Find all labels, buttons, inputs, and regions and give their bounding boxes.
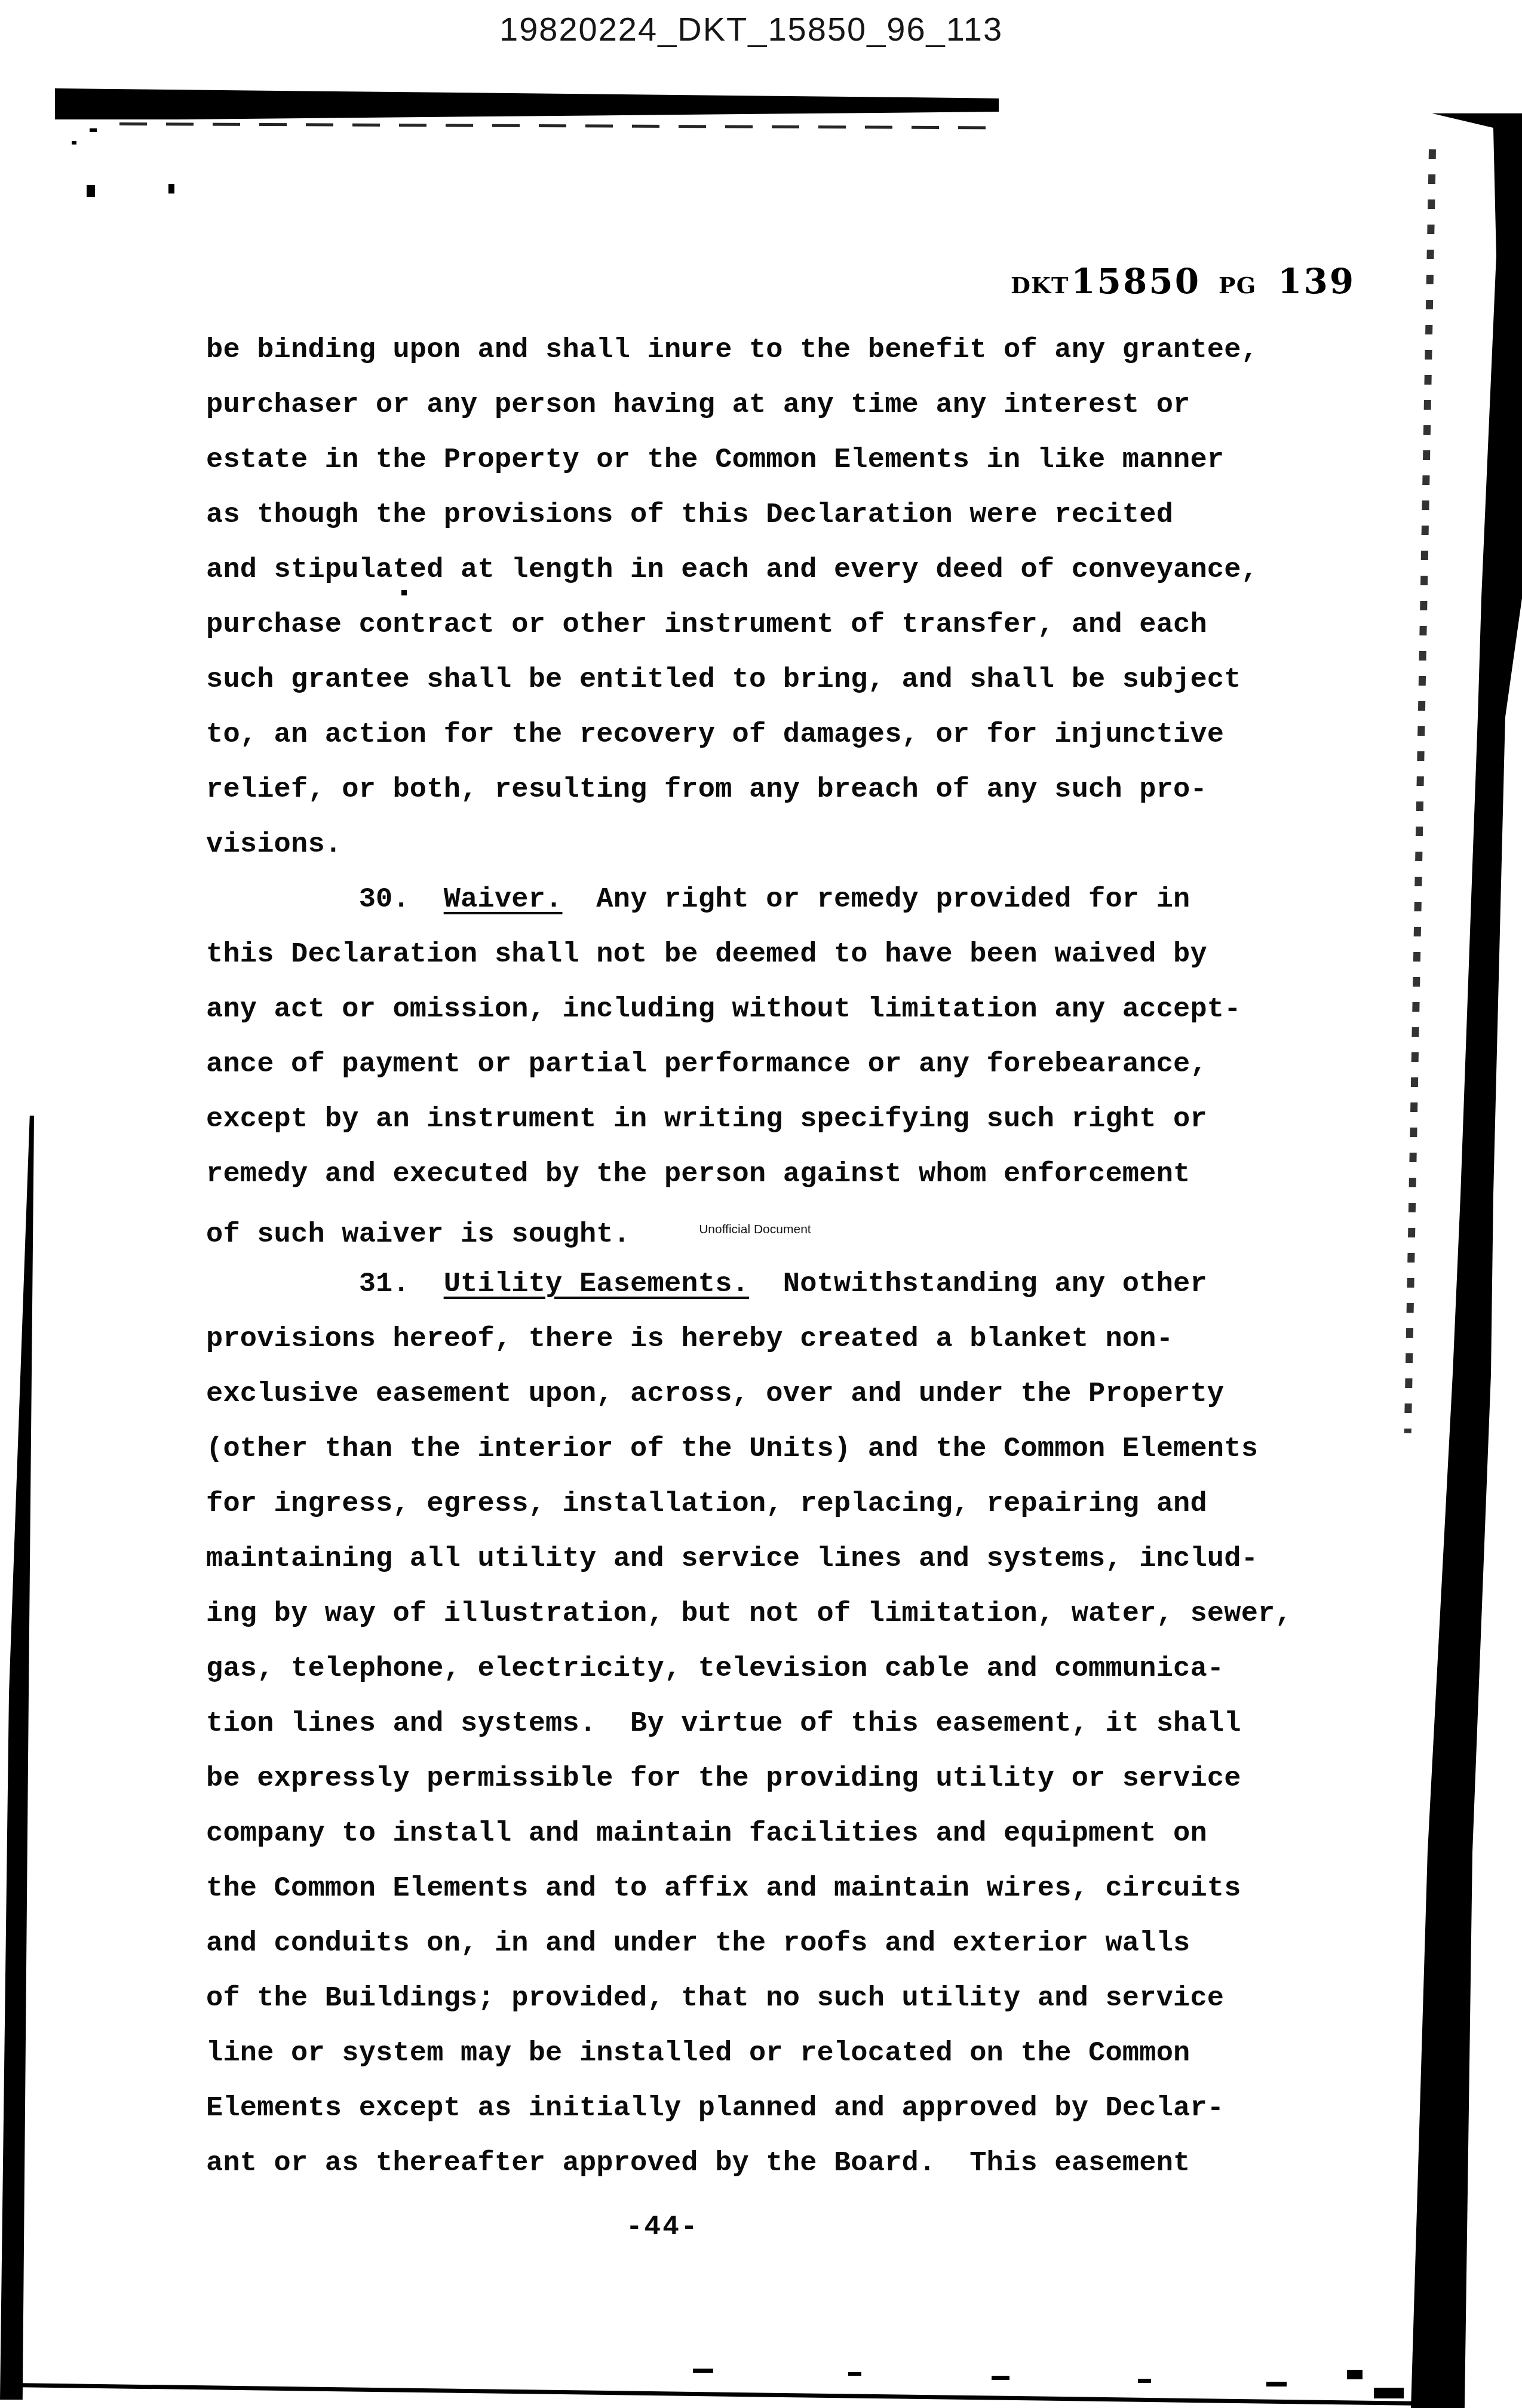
text-segment: company to install and maintain faciliti… (206, 1818, 1207, 1850)
docket-page-stamp: DKT 15850 PG 139 (1011, 261, 1355, 302)
text-segment: relief, or both, resulting from any brea… (206, 774, 1207, 806)
noise-speck (1347, 2370, 1363, 2379)
text-line: for ingress, egress, installation, repla… (206, 1477, 1317, 1532)
text-line: any act or omission, including without l… (206, 982, 1317, 1037)
text-segment: any act or omission, including without l… (206, 994, 1241, 1025)
text-line: to, an action for the recovery of damage… (206, 708, 1317, 763)
noise-speck (168, 184, 174, 193)
text-line: remedy and executed by the person agains… (206, 1147, 1317, 1202)
scan-filename-header: 19820224_DKT_15850_96_113 (499, 10, 1003, 48)
text-segment: except by an instrument in writing speci… (206, 1104, 1207, 1135)
left-edge-artifact (0, 1116, 36, 2400)
text-segment: be binding upon and shall inure to the b… (206, 334, 1258, 366)
text-segment: remedy and executed by the person agains… (206, 1159, 1190, 1190)
text-segment: estate in the Property or the Common Ele… (206, 444, 1224, 476)
text-segment: ing by way of illustration, but not of l… (206, 1598, 1292, 1630)
text-line: of such waiver is sought.Unofficial Docu… (206, 1202, 1317, 1257)
stamp-dkt-label: DKT (1011, 272, 1069, 299)
stamp-page-number: 139 (1278, 261, 1355, 302)
text-segment: (other than the interior of the Units) a… (206, 1433, 1258, 1465)
top-edge-dash-artifact (119, 122, 998, 129)
text-line: 30. Waiver. Any right or remedy provided… (206, 873, 1317, 927)
text-line: this Declaration shall not be deemed to … (206, 927, 1317, 982)
underlined-heading: Waiver. (444, 884, 563, 916)
text-segment: for ingress, egress, installation, repla… (206, 1488, 1207, 1520)
text-segment: gas, telephone, electricity, television … (206, 1653, 1224, 1685)
text-line: Elements except as initially planned and… (206, 2081, 1317, 2136)
text-line: such grantee shall be entitled to bring,… (206, 653, 1317, 708)
noise-speck (1266, 2382, 1287, 2386)
stamp-pg-label: PG (1219, 272, 1256, 299)
text-line: relief, or both, resulting from any brea… (206, 763, 1317, 818)
text-line: provisions hereof, there is hereby creat… (206, 1312, 1317, 1367)
text-segment: Notwithstanding any other (749, 1268, 1207, 1300)
unofficial-document-watermark: Unofficial Document (699, 1223, 811, 1236)
text-segment: be expressly permissible for the providi… (206, 1763, 1241, 1795)
text-line: ing by way of illustration, but not of l… (206, 1587, 1317, 1642)
text-line: line or system may be installed or reloc… (206, 2026, 1317, 2081)
text-segment: such grantee shall be entitled to bring,… (206, 664, 1241, 696)
text-segment: of such waiver is sought. (206, 1219, 630, 1251)
text-segment: 30. (206, 884, 444, 916)
text-segment: exclusive easement upon, across, over an… (206, 1378, 1224, 1410)
text-line: tion lines and systems. By virtue of thi… (206, 1697, 1317, 1752)
noise-speck (401, 590, 407, 595)
text-segment: and stipulated at length in each and eve… (206, 554, 1258, 586)
text-segment: tion lines and systems. By virtue of thi… (206, 1708, 1241, 1740)
noise-speck (1374, 2388, 1404, 2398)
text-line: maintaining all utility and service line… (206, 1532, 1317, 1587)
text-segment: ant or as thereafter approved by the Boa… (206, 2148, 1190, 2179)
text-segment: line or system may be installed or reloc… (206, 2038, 1190, 2069)
text-segment: and conduits on, in and under the roofs … (206, 1928, 1190, 1959)
text-line: 31. Utility Easements. Notwithstanding a… (206, 1257, 1317, 1312)
text-line: company to install and maintain faciliti… (206, 1807, 1317, 1862)
noise-speck (90, 128, 97, 132)
text-line: except by an instrument in writing speci… (206, 1092, 1317, 1147)
text-line: be expressly permissible for the providi… (206, 1752, 1317, 1807)
underlined-heading: Utility Easements. (444, 1268, 749, 1300)
text-segment: purchase contract or other instrument of… (206, 609, 1207, 641)
text-segment: maintaining all utility and service line… (206, 1543, 1258, 1575)
noise-speck (87, 185, 95, 197)
text-segment: 31. (206, 1268, 444, 1300)
text-line: and conduits on, in and under the roofs … (206, 1916, 1317, 1971)
text-segment: Elements except as initially planned and… (206, 2093, 1224, 2124)
stamp-book-number: 15850 (1071, 261, 1201, 302)
text-segment: ance of payment or partial performance o… (206, 1049, 1207, 1080)
text-line: exclusive easement upon, across, over an… (206, 1367, 1317, 1422)
text-line: purchaser or any person having at any ti… (206, 378, 1317, 433)
top-edge-artifact (55, 88, 999, 119)
text-segment: visions. (206, 829, 342, 861)
text-line: gas, telephone, electricity, television … (206, 1642, 1317, 1697)
text-segment: Any right or remedy provided for in (563, 884, 1190, 916)
text-segment: the Common Elements and to affix and mai… (206, 1873, 1241, 1905)
text-line: ance of payment or partial performance o… (206, 1037, 1317, 1092)
page-number: -44- (626, 2212, 699, 2243)
text-segment: as though the provisions of this Declara… (206, 499, 1173, 531)
text-line: and stipulated at length in each and eve… (206, 543, 1317, 598)
text-line: (other than the interior of the Units) a… (206, 1422, 1317, 1477)
text-segment: provisions hereof, there is hereby creat… (206, 1323, 1173, 1355)
right-edge-noise-trail (1404, 149, 1436, 1433)
text-line: ant or as thereafter approved by the Boa… (206, 2136, 1317, 2191)
text-line: visions. (206, 818, 1317, 873)
text-line: purchase contract or other instrument of… (206, 598, 1317, 653)
text-line: of the Buildings; provided, that no such… (206, 1971, 1317, 2026)
text-segment: this Declaration shall not be deemed to … (206, 939, 1207, 970)
noise-speck (693, 2369, 713, 2373)
noise-speck (1138, 2379, 1151, 2383)
document-body: be binding upon and shall inure to the b… (206, 323, 1317, 2191)
noise-speck (72, 141, 76, 145)
text-segment: to, an action for the recovery of damage… (206, 719, 1224, 751)
text-line: be binding upon and shall inure to the b… (206, 323, 1317, 378)
noise-speck (848, 2372, 861, 2376)
text-segment: purchaser or any person having at any ti… (206, 389, 1190, 421)
text-line: estate in the Property or the Common Ele… (206, 433, 1317, 488)
bottom-edge-line-artifact (10, 2383, 1414, 2406)
noise-speck (992, 2376, 1009, 2380)
text-line: as though the provisions of this Declara… (206, 488, 1317, 543)
text-segment: of the Buildings; provided, that no such… (206, 1983, 1224, 2014)
right-edge-artifact (1398, 111, 1522, 2408)
text-line: the Common Elements and to affix and mai… (206, 1862, 1317, 1916)
scanned-document-page: 19820224_DKT_15850_96_113 DKT 15850 PG 1… (0, 0, 1522, 2408)
